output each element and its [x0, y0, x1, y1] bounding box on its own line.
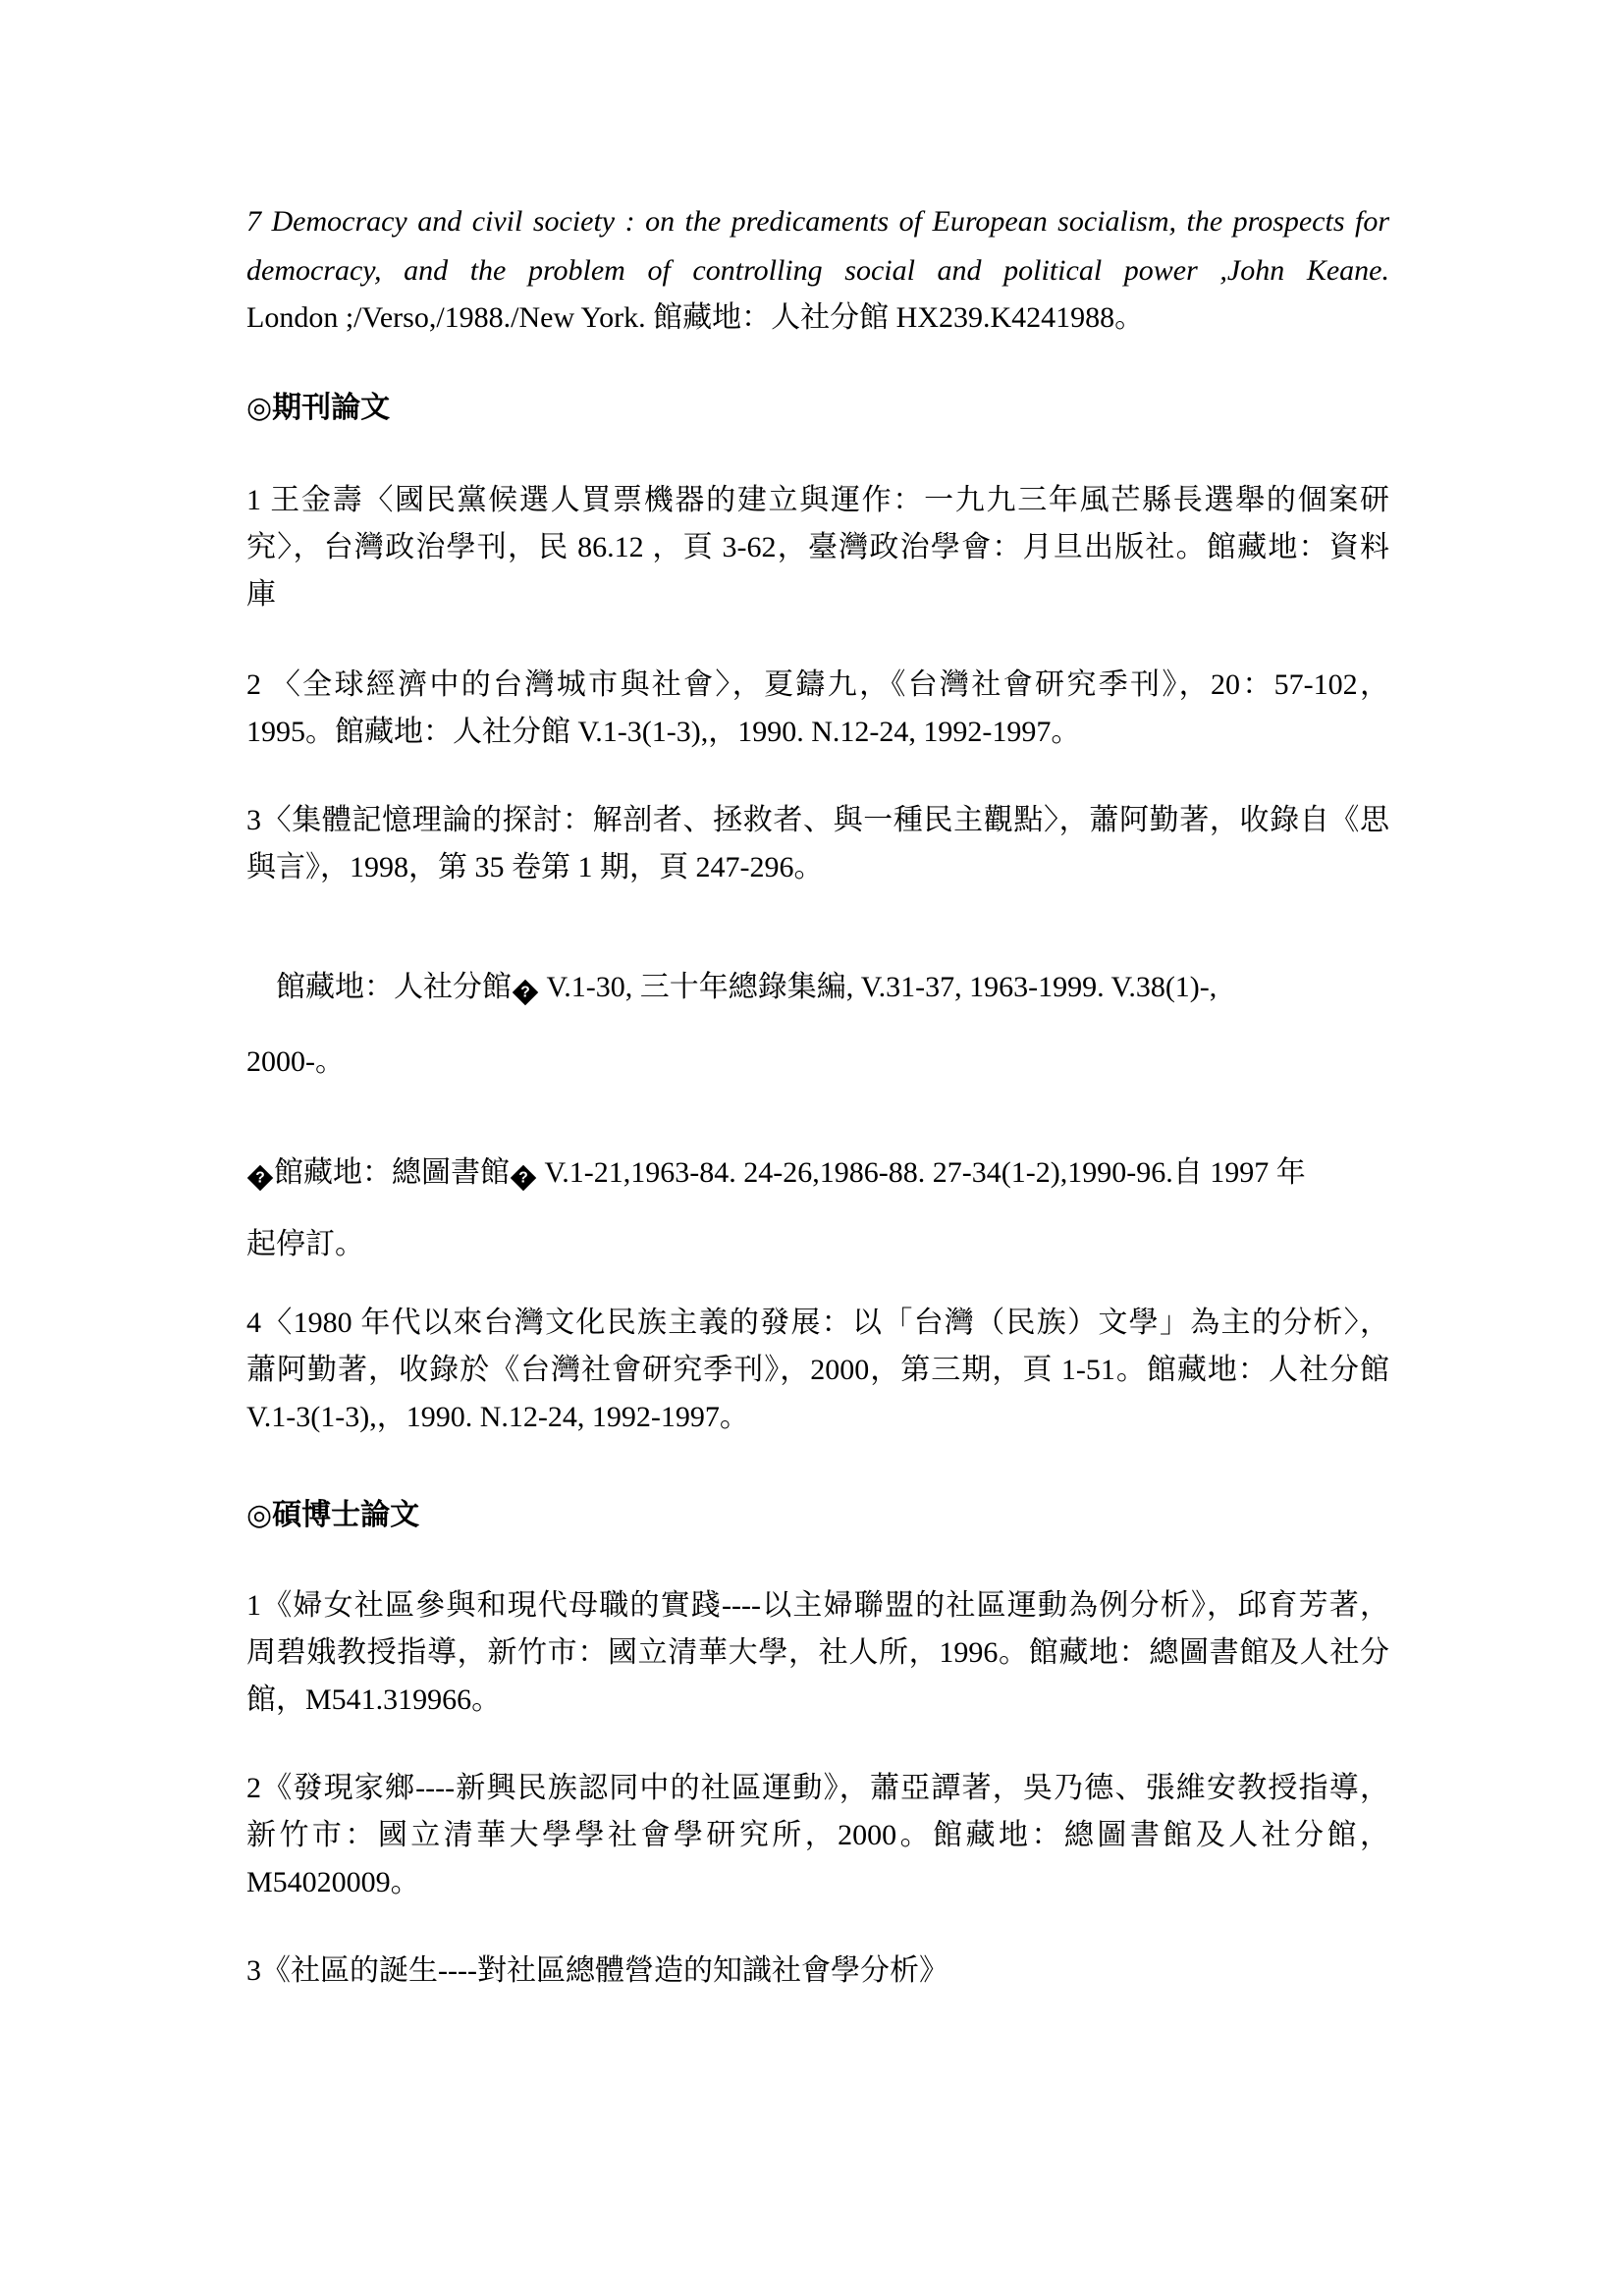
document-page: 7 Democracy and civil society : on the p… [0, 0, 1624, 2296]
holdings-humanities-line-1: 館藏地：人社分館? V.1-30, 三十年總錄集編, V.31-37, 1963… [276, 970, 1419, 1005]
thesis-entry-1-line-2: 周碧娥教授指導，新竹市：國立清華大學，社人所，1996。館藏地：總圖書館及人社分 [246, 1635, 1389, 1671]
journal-entry-1-line-1: 1 王金壽〈國民黨候選人買票機器的建立與運作：一九九三年風芒縣長選舉的個案研 [246, 483, 1389, 518]
replacement-char-icon: ? [511, 1165, 536, 1191]
thesis-entry-2-line-1: 2《發現家鄉----新興民族認同中的社區運動》，蕭亞譚著，吳乃德、張維安教授指導… [246, 1771, 1389, 1806]
journal-entry-4-line-1: 4〈1980 年代以來台灣文化民族主義的發展：以「台灣（民族）文學」為主的分析〉… [246, 1306, 1389, 1341]
journal-entry-2-line-1: 2 〈全球經濟中的台灣城市與社會〉，夏鑄九，《台灣社會研究季刊》，20：57-1… [246, 667, 1389, 703]
journal-entry-3-line-2: 與言》，1998，第 35 卷第 1 期，頁 247-296。 [246, 850, 1389, 885]
holdings-humanities-suffix: V.1-30, 三十年總錄集編, V.31-37, 1963-1999. V.3… [539, 971, 1217, 1003]
replacement-char-icon: ? [247, 1165, 273, 1191]
journal-entry-1-line-2: 究〉，台灣政治學刊，民 86.12 ，頁 3-62，臺灣政治學會：月旦出版社。館… [246, 530, 1389, 565]
holdings-main-library-suffix: V.1-21,1963-84. 24-26,1986-88. 27-34(1-2… [537, 1156, 1306, 1189]
thesis-entry-2-line-3: M54020009。 [246, 1865, 1389, 1900]
replacement-char-icon: ? [513, 980, 538, 1005]
journal-entry-1-line-3: 庫 [246, 577, 1389, 613]
book-entry-7-line-3: London ;/Verso,/1988./New York. 館藏地：人社分館… [246, 300, 1389, 336]
journal-section-heading: ◎期刊論文 [246, 391, 1389, 426]
thesis-entry-2-line-2: 新竹市：國立清華大學學社會學研究所，2000。館藏地：總圖書館及人社分館， [246, 1818, 1389, 1853]
journal-entry-3-line-1: 3〈集體記憶理論的探討：解剖者、拯救者、與一種民主觀點〉，蕭阿勤著，收錄自《思 [246, 803, 1389, 838]
journal-entry-2-line-2: 1995。館藏地：人社分館 V.1-3(1-3),，1990. N.12-24,… [246, 715, 1389, 750]
book-entry-7-line-2-text: democracy, and the problem of controllin… [246, 254, 1389, 287]
book-entry-7-line-1: 7 Democracy and civil society : on the p… [246, 204, 1389, 240]
thesis-entry-3-line-1: 3《社區的誕生----對社區總體營造的知識社會學分析》 [246, 1953, 1389, 1989]
holdings-main-library-line-2: 起停訂。 [246, 1227, 1389, 1262]
thesis-entry-1-line-1: 1《婦女社區參與和現代母職的實踐----以主婦聯盟的社區運動為例分析》，邱育芳著… [246, 1588, 1389, 1624]
journal-entry-4-line-2: 蕭阿勤著，收錄於《台灣社會研究季刊》，2000，第三期，頁 1-51。館藏地：人… [246, 1353, 1389, 1388]
thesis-section-heading: ◎碩博士論文 [246, 1498, 1389, 1533]
thesis-entry-1-line-3: 館，M541.319966。 [246, 1682, 1389, 1718]
holdings-humanities-line-2: 2000-。 [246, 1044, 1389, 1080]
journal-entry-4-line-3: V.1-3(1-3),，1990. N.12-24, 1992-1997。 [246, 1400, 1389, 1435]
holdings-humanities-prefix: 館藏地：人社分館 [276, 971, 512, 1003]
book-entry-7-line-2: democracy, and the problem of controllin… [246, 253, 1389, 289]
holdings-main-library-line-1: ?館藏地：總圖書館? V.1-21,1963-84. 24-26,1986-88… [246, 1155, 1389, 1191]
holdings-main-library-prefix: 館藏地：總圖書館 [274, 1156, 510, 1189]
